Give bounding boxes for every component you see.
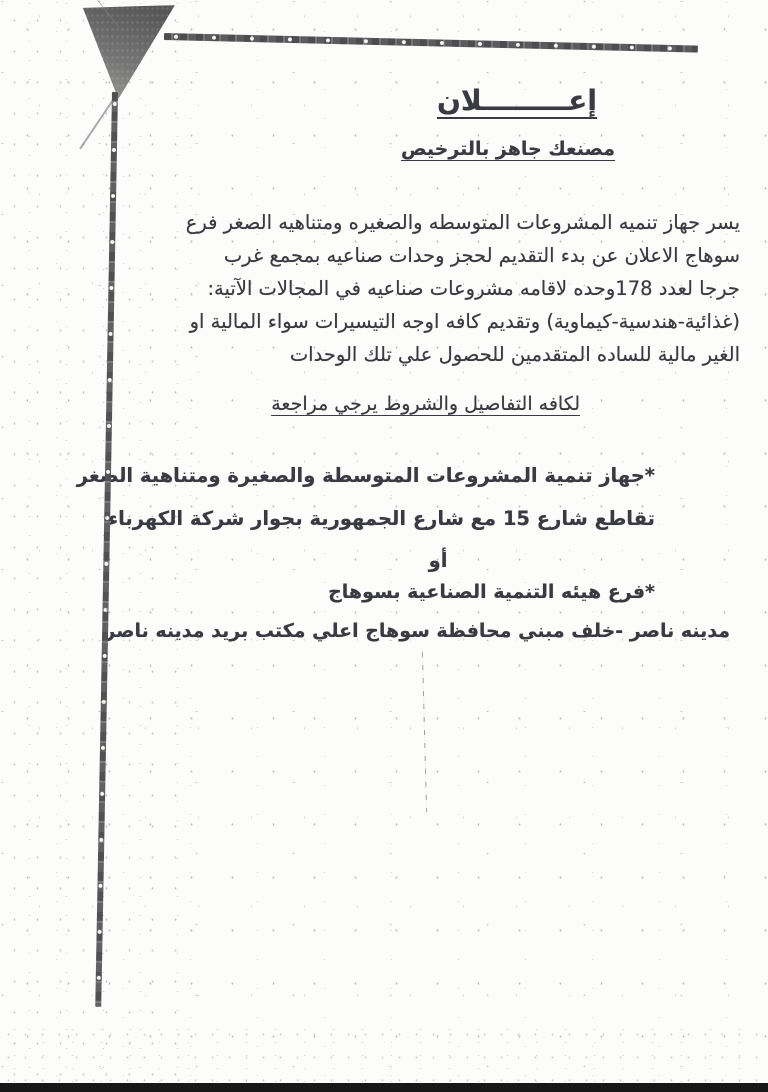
scan-bottom-edge xyxy=(0,1083,768,1092)
binder-border-top xyxy=(164,33,698,53)
location-second-line-2: مدينه ناصر -خلف مبني محافظة سوهاج اعلي م… xyxy=(180,620,730,642)
intro-line-3: جرجا لعدد 178وحده لاقامه مشروعات صناعيه … xyxy=(180,272,740,305)
intro-line-2: سوهاج الاعلان عن بدء التقديم لحجز وحدات … xyxy=(180,239,740,272)
intro-line-4: (غذائية-هندسية-كيماوية) وتقديم كافه اوجه… xyxy=(180,305,740,338)
location-first-line-2: تقاطع شارع 15 مع شارع الجمهورية بجوار شر… xyxy=(245,507,655,530)
location-second-line-1: *فرع هيئه التنمية الصناعية بسوهاج xyxy=(430,581,655,603)
intro-line-5: الغير مالية للساده المتقدمين للحصول علي … xyxy=(180,338,740,371)
or-separator: أو xyxy=(388,549,488,572)
scan-noise-bottom xyxy=(0,1023,768,1083)
binder-border-left xyxy=(95,92,118,1007)
scan-scratch-vertical xyxy=(422,652,427,812)
intro-line-1: يسر جهاز تنميه المشروعات المتوسطه والصغي… xyxy=(180,206,740,239)
page-title: إعـــــــــلان xyxy=(392,84,642,117)
page-subtitle: مصنعك جاهز بالترخيص xyxy=(388,138,628,160)
scan-noise-left xyxy=(0,0,190,1092)
intro-paragraph: يسر جهاز تنميه المشروعات المتوسطه والصغي… xyxy=(180,206,740,371)
scan-corner-shadow-artifact xyxy=(80,5,176,99)
location-first-line-1: *جهاز تنمية المشروعات المتوسطة والصغيرة … xyxy=(250,464,655,487)
scanned-announcement-page: إعـــــــــلان مصنعك جاهز بالترخيص يسر ج… xyxy=(0,0,768,1092)
details-heading: لكافه التفاصيل والشروط يرجي مراجعة xyxy=(290,393,580,415)
